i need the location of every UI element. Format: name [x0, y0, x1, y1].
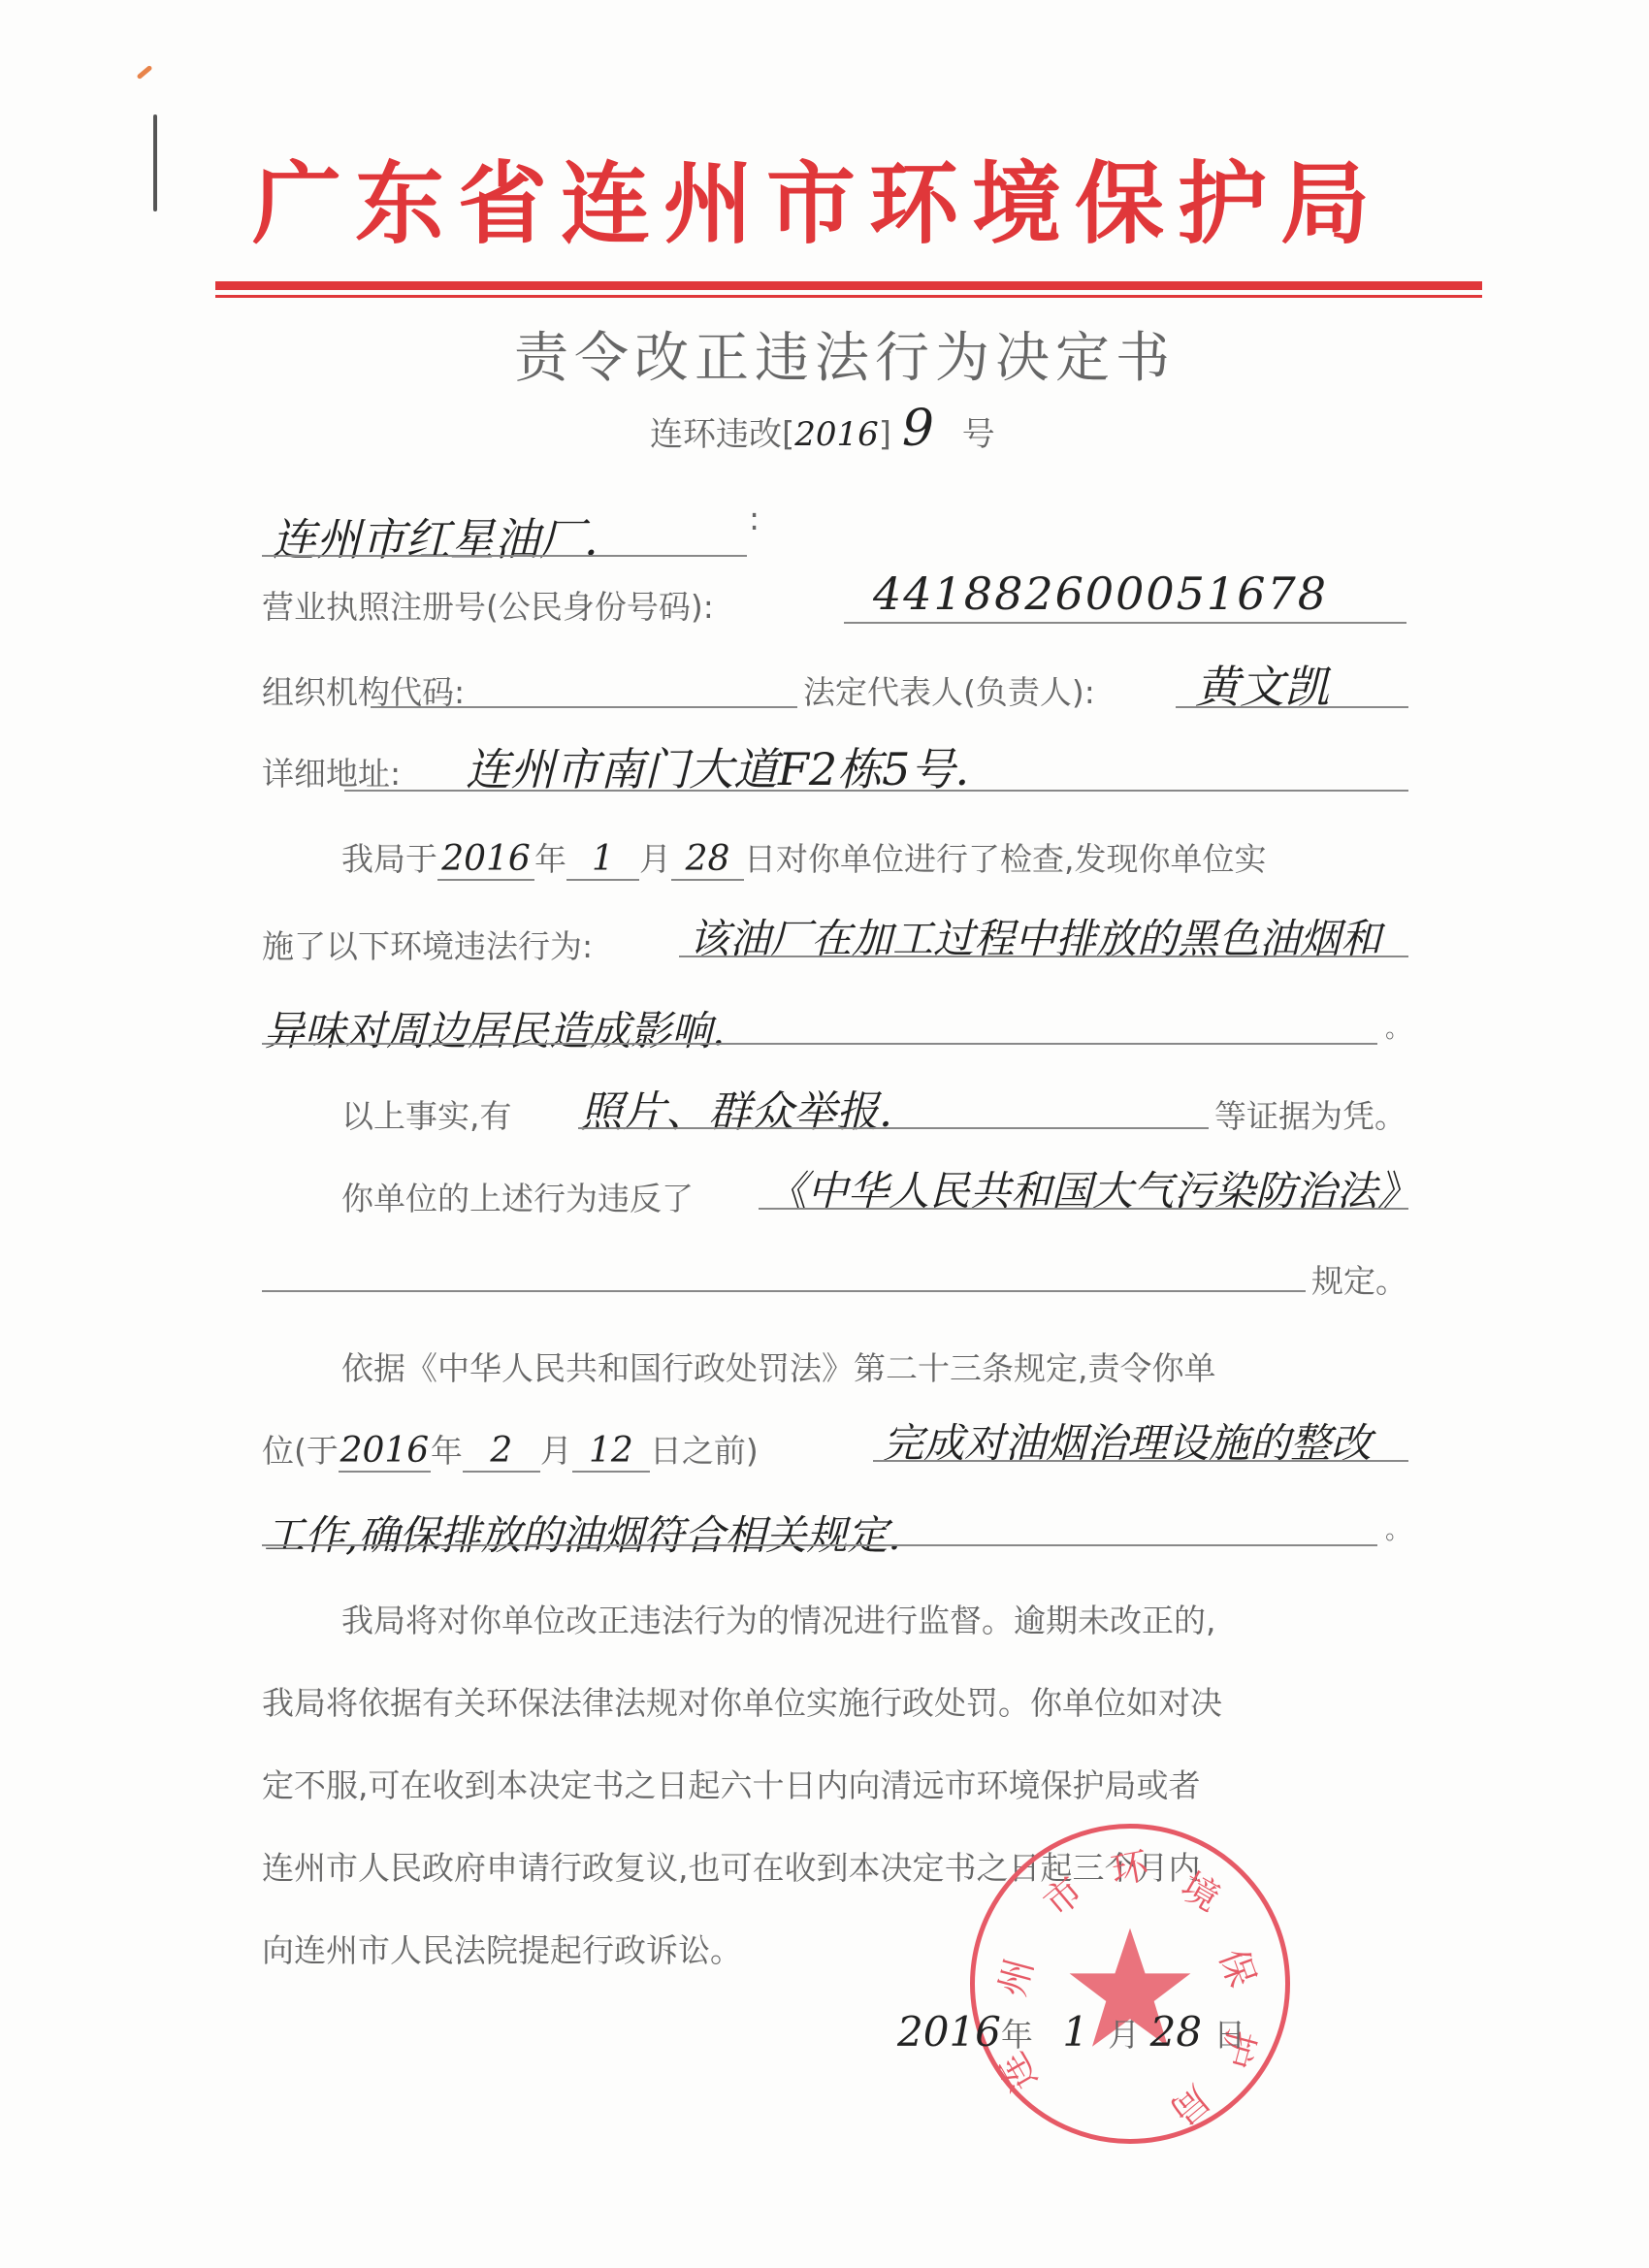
text: 月 [1108, 2016, 1140, 2054]
notice-line-3: 定不服,可在收到本决定书之日起六十日内向清远市环境保护局或者 [262, 1761, 1201, 1806]
address-label: 详细地址: [262, 749, 401, 794]
evidence-label: 以上事实,有 [341, 1091, 512, 1137]
text: 日 [1213, 2016, 1245, 2054]
license-label: 营业执照注册号(公民身份号码): [262, 582, 714, 628]
order-underline-1 [873, 1460, 1408, 1462]
doc-number-seq: 9 [902, 400, 934, 458]
seal-char: 州 [983, 1952, 1044, 2001]
signature-date: 2016年 1月 28日 [897, 2008, 1245, 2056]
org-code-underline [371, 706, 797, 708]
text: 年 [1001, 2016, 1033, 2054]
text: 年 [431, 1432, 463, 1470]
signature-month: 1 [1062, 2008, 1088, 2056]
doc-number-year: 2016 [794, 415, 879, 454]
order-underline-2 [262, 1544, 1377, 1546]
signature-year: 2016 [897, 2008, 1001, 2056]
official-seal: 连 州 市 环 境 保 护 局 [970, 1824, 1290, 2144]
seal-char: 环 [1107, 1835, 1152, 1895]
seal-char: 市 [1030, 1862, 1092, 1927]
legal-rep-label: 法定代表人(负责人): [803, 667, 1095, 713]
ink-fleck [136, 65, 152, 80]
text: 月 [540, 1432, 572, 1470]
order-period: 。 [1385, 1510, 1410, 1546]
violated-law-underline-1 [759, 1208, 1408, 1210]
notice-line-2: 我局将依据有关环保法律法规对你单位实施行政处罚。你单位如对决 [262, 1678, 1222, 1724]
inspection-month: 1 [566, 839, 639, 881]
inspection-line1: 我局于2016年1月28日对你单位进行了检查,发现你单位实 [341, 834, 1267, 881]
order-day: 12 [572, 1431, 650, 1473]
violated-law-suffix: 规定。 [1311, 1256, 1407, 1302]
text: 我局于 [341, 840, 437, 878]
letterhead-rule-thick [215, 281, 1482, 290]
order-action-line2: 工作,确保排放的油烟符合相关规定. [264, 1504, 901, 1562]
evidence-suffix: 等证据为凭。 [1214, 1091, 1406, 1137]
agency-letterhead: 广东省连州市环境保护局 [252, 146, 1455, 262]
text: 日对你单位进行了检查,发现你单位实 [744, 840, 1267, 878]
legal-rep-underline [1176, 706, 1408, 708]
order-year: 2016 [339, 1431, 431, 1473]
staple-mark [153, 114, 157, 211]
recipient-name: 连州市红星油厂. [272, 504, 598, 568]
seal-char: 局 [1161, 2075, 1223, 2140]
recipient-colon: : [749, 500, 760, 537]
text: 位(于 [262, 1432, 339, 1470]
violation-period: 。 [1385, 1009, 1410, 1045]
inspection-day: 28 [671, 839, 744, 881]
inspection-year: 2016 [437, 839, 534, 881]
seal-char: 境 [1173, 1857, 1231, 1922]
document-title: 责令改正违法行为决定书 [514, 315, 1176, 393]
doc-number-prefix: 连环违改[ [650, 415, 794, 454]
license-value: 441882600051678 [873, 567, 1328, 620]
seal-char: 保 [1210, 1940, 1273, 1993]
violation-underline-1 [679, 956, 1408, 957]
violation-label: 施了以下环境违法行为: [262, 922, 593, 967]
evidence-underline [578, 1127, 1209, 1129]
signature-day: 28 [1150, 2008, 1202, 2056]
violation-line2: 异味对周边居民造成影响. [264, 999, 725, 1057]
order-month: 2 [463, 1431, 540, 1473]
text: 月 [639, 840, 671, 878]
violation-underline-2 [262, 1043, 1377, 1045]
violated-law-label: 你单位的上述行为违反了 [341, 1174, 694, 1219]
document-number: 连环违改[2016] 9 号 [650, 400, 995, 458]
text: 日之前) [650, 1432, 759, 1470]
doc-number-close: ] [879, 415, 891, 454]
violated-law-underline-2 [262, 1290, 1306, 1292]
address-underline [344, 790, 1408, 792]
order-line1: 依据《中华人民共和国行政处罚法》第二十三条规定,责令你单 [341, 1344, 1216, 1389]
order-line2: 位(于2016年2月12日之前) [262, 1426, 759, 1473]
evidence-value: 照片、群众举报. [580, 1077, 892, 1139]
notice-line-5: 向连州市人民法院提起行政诉讼。 [262, 1926, 742, 1971]
license-underline [844, 622, 1406, 624]
letterhead-rule-thin [215, 295, 1482, 298]
recipient-underline [262, 555, 747, 557]
doc-number-suffix: 号 [962, 415, 995, 454]
notice-line-1: 我局将对你单位改正违法行为的情况进行监督。逾期未改正的, [341, 1596, 1216, 1641]
text: 年 [534, 840, 566, 878]
